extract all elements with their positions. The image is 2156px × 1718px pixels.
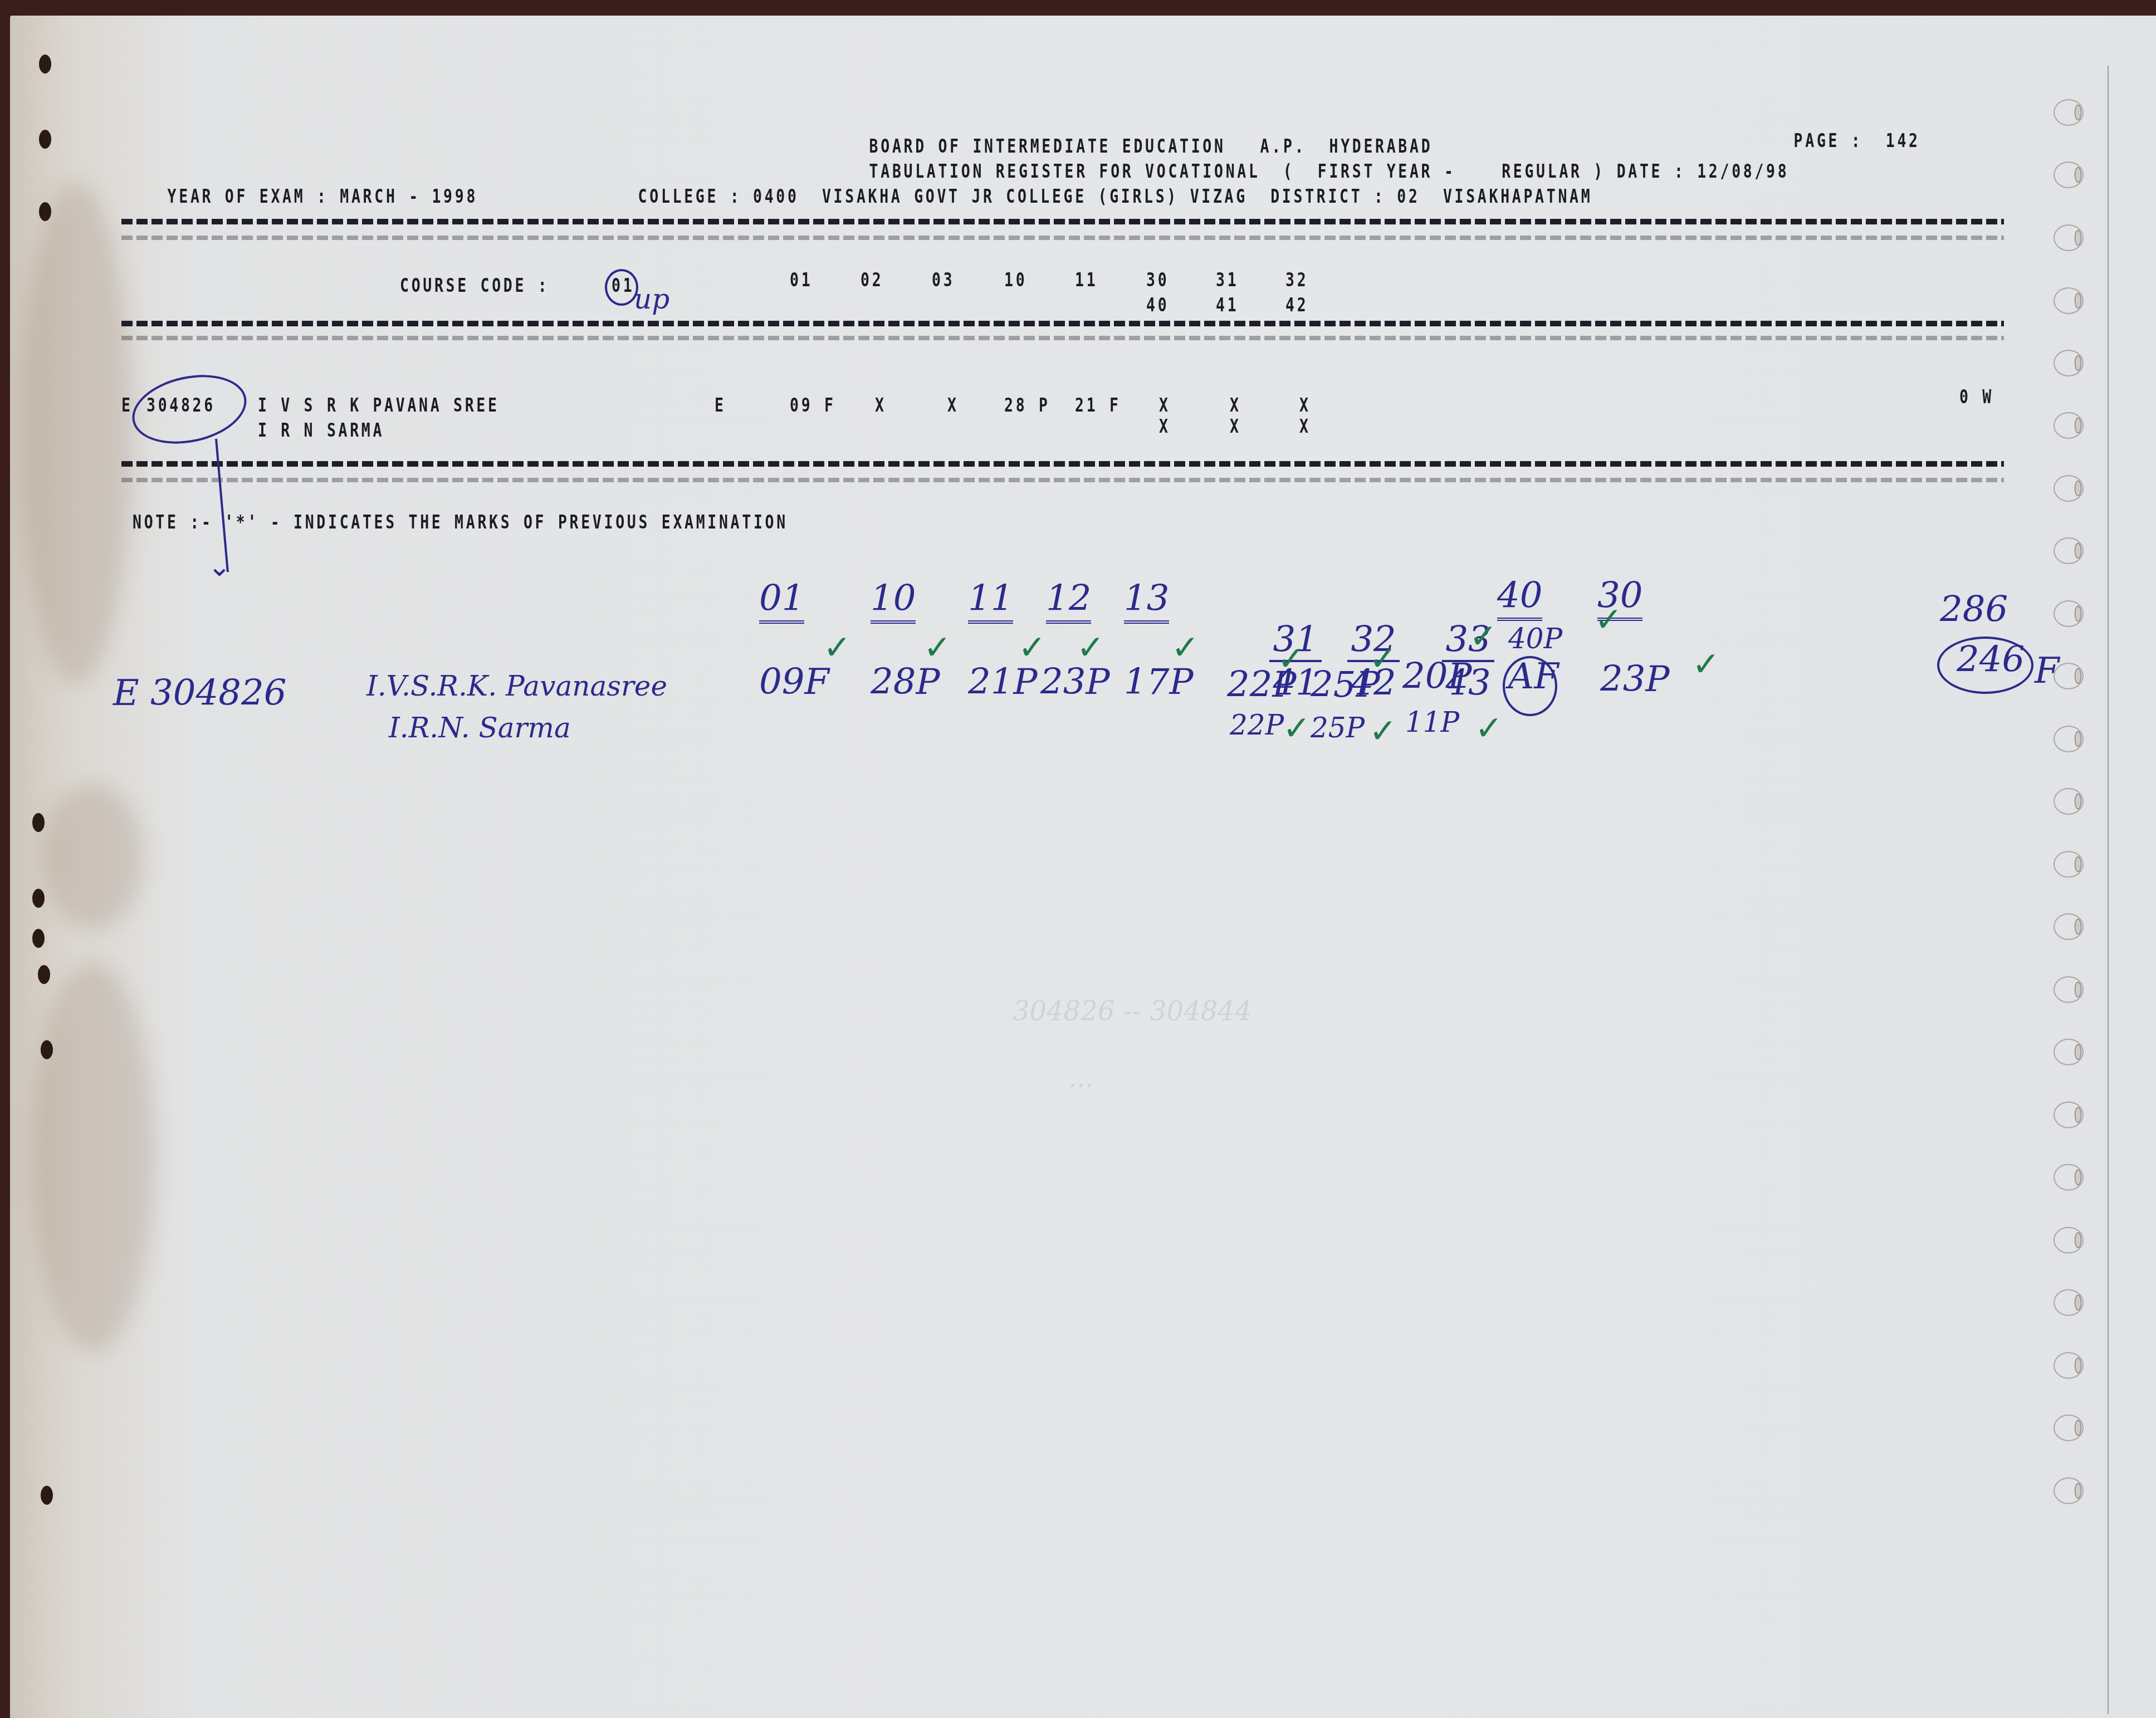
student-medium: E (715, 394, 726, 417)
tractor-hole (2054, 913, 2084, 940)
hw-mark-30: 23P (1600, 659, 1670, 700)
binding-hole (32, 813, 45, 832)
hw-header-10: 10 (871, 578, 916, 619)
check-icon: ✓ (1692, 645, 1720, 684)
hw-mark-10: 28P (871, 662, 940, 703)
tractor-hole (2054, 99, 2084, 126)
check-icon: ✓ (1277, 639, 1305, 678)
hw-total-result: F (2035, 650, 2059, 692)
district-name: VISAKHAPATNAM (1443, 185, 1592, 208)
tractor-hole (2054, 475, 2084, 502)
year-value: MARCH - 1998 (340, 185, 478, 208)
tractor-hole (2054, 600, 2084, 627)
tractor-hole (2054, 1352, 2084, 1379)
water-stain (21, 183, 133, 684)
hw-mark-43: 11P (1405, 706, 1459, 738)
hw-header-11: 11 (968, 578, 1013, 619)
check-icon: ✓ (1077, 628, 1104, 667)
tractor-hole (2054, 1164, 2084, 1191)
mark-01: 09 F (790, 394, 836, 417)
mark-41: X (1230, 415, 1241, 438)
tractor-hole (2054, 412, 2084, 439)
year-label: YEAR OF EXAM : (168, 185, 329, 208)
binding-hole (41, 1486, 53, 1505)
subject-code-42: 42 (1285, 294, 1308, 316)
arrow-head-icon: ⌄ (208, 550, 231, 583)
tractor-hole (2054, 851, 2084, 878)
tractor-hole (2054, 350, 2084, 376)
student-name-line1: I V S R K PAVANA SREE (258, 394, 500, 417)
hw-name-line2: I.R.N. Sarma (389, 712, 571, 744)
student-result: 0 W (1959, 386, 1994, 408)
separator-line-shadow (121, 236, 2004, 240)
mark-30: X (1159, 394, 1171, 417)
tractor-hole (2054, 788, 2084, 815)
college-label: COLLEGE : (638, 185, 742, 208)
check-icon: ✓ (1469, 617, 1497, 656)
tractor-hole (2054, 1289, 2084, 1316)
footnote: NOTE :- '*' - INDICATES THE MARKS OF PRE… (133, 511, 788, 533)
district-code: 02 (1397, 185, 1420, 208)
check-icon: ✓ (1475, 709, 1503, 748)
water-stain (32, 962, 155, 1352)
binding-hole (41, 1040, 53, 1059)
check-icon: ✓ (1018, 628, 1046, 667)
perforation-line (2108, 66, 2109, 1714)
binding-hole (32, 889, 45, 908)
subject-code-30: 30 (1146, 269, 1169, 291)
hw-mark-41: 22P (1230, 709, 1284, 741)
hw-total-upper: 286 (1940, 589, 2008, 630)
mark-11: 21 F (1075, 394, 1121, 417)
student-name-line2: I R N SARMA (258, 419, 384, 442)
hw-header-13: 13 (1124, 578, 1169, 619)
district-label: DISTRICT : (1270, 185, 1385, 208)
hall-ticket-circle (126, 365, 253, 454)
hw-header-01: 01 (759, 578, 804, 619)
check-icon: ✓ (1369, 639, 1397, 678)
subject-code-03: 03 (932, 269, 955, 291)
binding-hole (39, 202, 51, 221)
separator-line (121, 461, 2004, 467)
subject-code-32: 32 (1285, 269, 1308, 291)
hw-mark-42: 25P (1311, 712, 1365, 744)
separator-line-shadow (121, 478, 2004, 482)
hw-header-40: 40 (1497, 575, 1542, 616)
college-code: 0400 (753, 185, 799, 208)
page-label: PAGE : (1794, 130, 1863, 152)
mark-03: X (947, 394, 959, 417)
hw-mark-13: 17P (1124, 662, 1194, 703)
hw-name-line1: I.V.S.R.K. Pavanasree (366, 670, 667, 702)
mark-02: X (875, 394, 887, 417)
check-icon: ✓ (923, 628, 951, 667)
date-label: DATE : (1617, 160, 1686, 183)
hw-mark-33: 20P (1402, 656, 1472, 697)
course-handwritten-note: up (634, 283, 669, 315)
hw-hall-ticket: E 304826 (113, 673, 286, 714)
check-icon: ✓ (1369, 712, 1397, 751)
tractor-hole (2054, 1477, 2084, 1504)
hw-mark-01: 09F (759, 662, 829, 703)
total-circle (1937, 637, 2033, 694)
course-code-circle (605, 269, 638, 306)
tractor-hole (2054, 1102, 2084, 1128)
page-number: 142 (1886, 130, 1920, 152)
check-icon: ✓ (1171, 628, 1199, 667)
mark-10: 28 P (1004, 394, 1050, 417)
tractor-hole (2054, 161, 2084, 188)
hw-mark-12: 23P (1040, 662, 1110, 703)
binding-hole (32, 929, 45, 948)
water-stain (43, 784, 144, 929)
binding-hole (39, 130, 51, 149)
check-icon: ✓ (1283, 709, 1311, 748)
mark-32: X (1299, 394, 1311, 417)
separator-line (121, 321, 2004, 326)
tractor-hole (2054, 726, 2084, 752)
subject-code-11: 11 (1075, 269, 1098, 291)
tractor-hole (2054, 1039, 2084, 1065)
hw-note-40p: 40P (1508, 623, 1562, 655)
subject-code-41: 41 (1216, 294, 1239, 316)
separator-line-shadow (121, 336, 2004, 340)
tractor-hole (2054, 976, 2084, 1003)
college-name: VISAKHA GOVT JR COLLEGE (GIRLS) VIZAG (822, 185, 1248, 208)
course-code-label: COURSE CODE : (400, 275, 549, 297)
mark-31: X (1230, 394, 1241, 417)
tractor-hole (2054, 1414, 2084, 1441)
mark-42: X (1299, 415, 1311, 438)
separator-line (121, 219, 2004, 224)
subject-code-10: 10 (1004, 269, 1027, 291)
subject-code-40: 40 (1146, 294, 1169, 316)
check-icon: ✓ (1595, 600, 1622, 639)
absent-fail-circle (1503, 656, 1557, 716)
binding-hole (38, 965, 50, 984)
register-sheet: 304826 -- 304844 ... BOARD OF INTERMEDIA… (10, 16, 2156, 1718)
tractor-hole (2054, 537, 2084, 564)
subject-code-02: 02 (861, 269, 883, 291)
tractor-hole (2054, 287, 2084, 314)
date-value: 12/08/98 (1697, 160, 1789, 183)
subject-code-01: 01 (790, 269, 813, 291)
tractor-hole (2054, 1227, 2084, 1254)
hw-header-12: 12 (1046, 578, 1091, 619)
tractor-hole (2054, 224, 2084, 251)
mark-40: X (1159, 415, 1171, 438)
check-icon: ✓ (823, 628, 851, 667)
subject-code-31: 31 (1216, 269, 1239, 291)
bleed-through-text: 304826 -- 304844 (1013, 996, 1251, 1027)
bleed-through-text: ... (1068, 1063, 1094, 1094)
student-prefix: E (121, 394, 133, 417)
binding-hole (39, 55, 51, 74)
hw-mark-11: 21P (968, 662, 1038, 703)
